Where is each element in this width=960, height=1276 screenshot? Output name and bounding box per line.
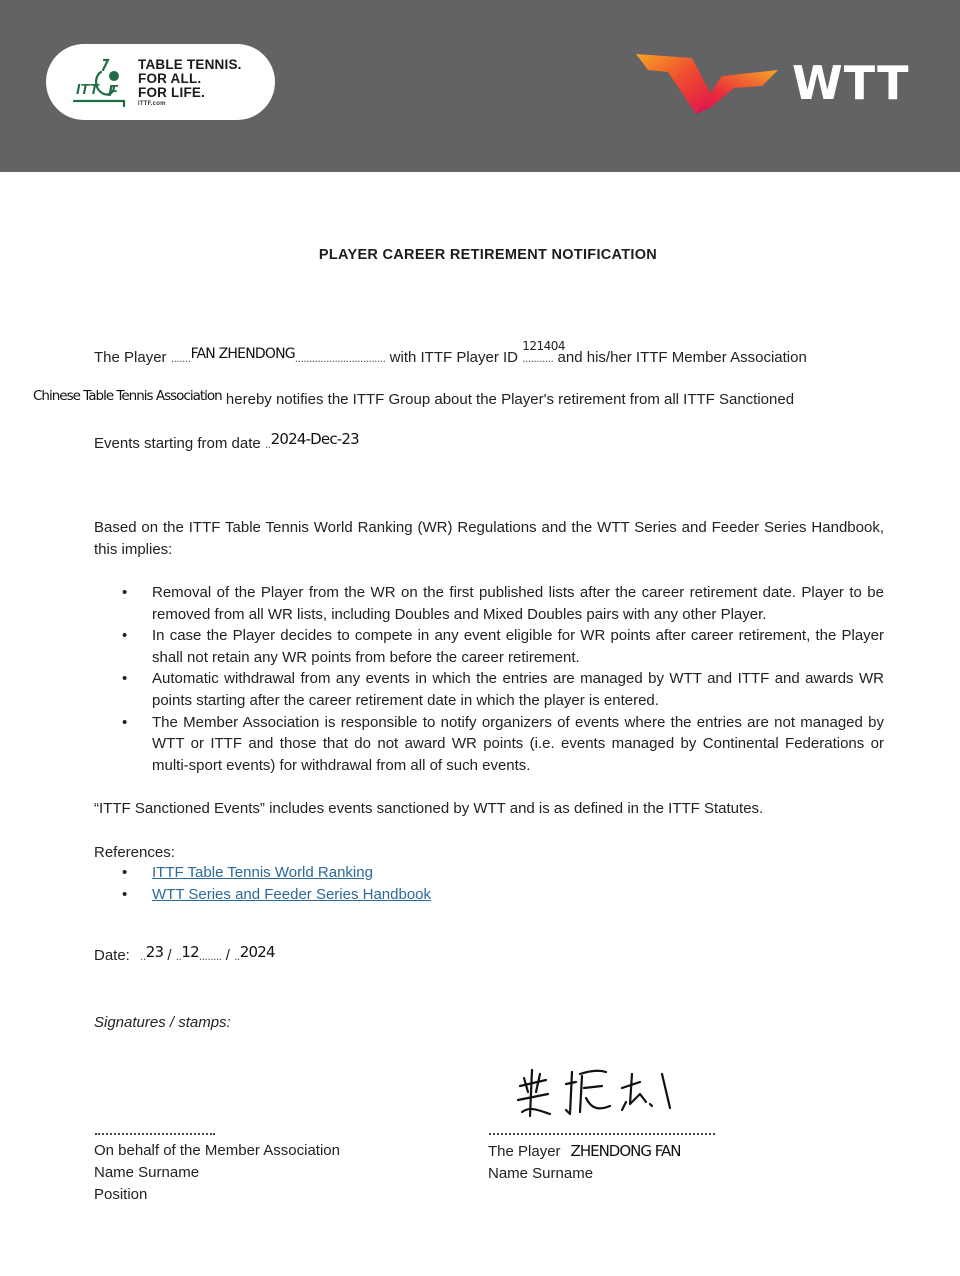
references-list: ITTF Table Tennis World Ranking WTT Seri… (94, 862, 431, 906)
list-item: Automatic withdrawal from any events in … (94, 668, 884, 711)
date-label: Date: (94, 947, 130, 964)
signatures-label: Signatures / stamps: (94, 1014, 231, 1031)
association-signature-line (95, 1133, 215, 1135)
date-year: 2024 (240, 943, 275, 961)
player-label: The Player (94, 349, 167, 366)
definition-paragraph: “ITTF Sanctioned Events” includes events… (94, 798, 884, 820)
events-from-label: Events starting from date (94, 435, 261, 452)
reference-link-handbook[interactable]: WTT Series and Feeder Series Handbook (152, 886, 431, 903)
ittf-url: ITTF.com (138, 100, 242, 108)
retirement-date-value: 2024-Dec-23 (271, 430, 359, 448)
reference-item: WTT Series and Feeder Series Handbook (94, 884, 431, 906)
document-header: ITT F TABLE TENNIS. FOR ALL. FOR LIFE. I… (0, 0, 960, 172)
date-month: 12 (181, 943, 199, 961)
tagline-line-2: FOR ALL. (138, 72, 242, 86)
member-association-label: and his/her ITTF Member Association (558, 349, 807, 366)
reference-item: ITTF Table Tennis World Ranking (94, 862, 431, 884)
player-signature-line-2: Name Surname (488, 1163, 681, 1185)
player-signature-label: The Player (488, 1143, 561, 1160)
intro-line-2: Chinese Table Tennis Association hereby … (33, 391, 794, 408)
references-label: References: (94, 842, 175, 864)
association-line-2: Name Surname (94, 1162, 340, 1184)
svg-text:F: F (108, 83, 119, 100)
list-item: Removal of the Player from the WR on the… (94, 582, 884, 625)
player-signature-line (489, 1133, 715, 1135)
ittf-emblem-icon: ITT F (68, 56, 128, 110)
list-item: In case the Player decides to compete in… (94, 625, 884, 668)
tagline-line-1: TABLE TENNIS. (138, 58, 242, 72)
association-line-1: On behalf of the Member Association (94, 1140, 340, 1162)
player-id-value: 121404 (522, 339, 565, 353)
player-signature-block: The PlayerZHENDONG FAN Name Surname (488, 1140, 681, 1185)
association-value: Chinese Table Tennis Association (33, 388, 222, 404)
intro-line-1: The Player .......FAN ZHENDONG..........… (94, 349, 807, 366)
tagline-line-3: FOR LIFE. (138, 86, 242, 100)
document-title: PLAYER CAREER RETIREMENT NOTIFICATION (0, 247, 960, 263)
svg-text:ITT: ITT (76, 81, 100, 98)
player-id-label: with ITTF Player ID (390, 349, 518, 366)
notifies-text: hereby notifies the ITTF Group about the… (226, 391, 794, 408)
intro-line-3: Events starting from date ..2024-Dec-23 (94, 434, 359, 452)
date-line: Date: ..23 / ..12........ / ..2024 (94, 946, 275, 964)
player-name-value: FAN ZHENDONG (191, 346, 295, 362)
handwritten-signature (510, 1064, 680, 1126)
reference-link-world-ranking[interactable]: ITTF Table Tennis World Ranking (152, 864, 373, 881)
association-line-3: Position (94, 1184, 340, 1206)
wtt-wordmark: WTT (792, 58, 910, 108)
list-item: The Member Association is responsible to… (94, 712, 884, 777)
association-signature-block: On behalf of the Member Association Name… (94, 1140, 340, 1206)
date-day: 23 (146, 943, 164, 961)
player-signature-name: ZHENDONG FAN (571, 1142, 681, 1160)
ittf-logo: ITT F TABLE TENNIS. FOR ALL. FOR LIFE. I… (46, 44, 275, 120)
basis-paragraph: Based on the ITTF Table Tennis World Ran… (94, 517, 884, 560)
ittf-tagline: TABLE TENNIS. FOR ALL. FOR LIFE. ITTF.co… (138, 58, 242, 108)
implications-list: Removal of the Player from the WR on the… (94, 582, 884, 776)
